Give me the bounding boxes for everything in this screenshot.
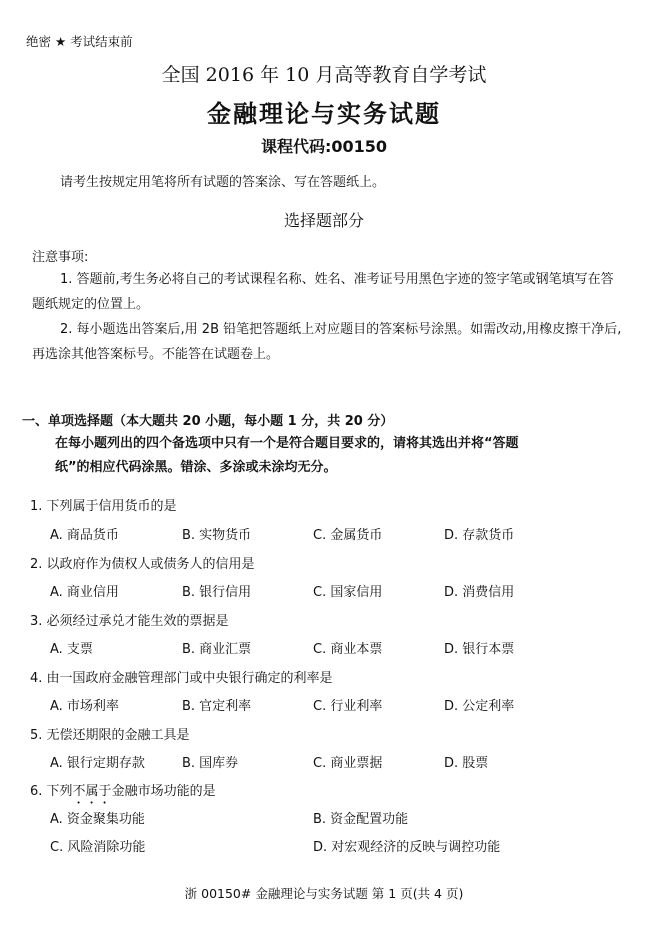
page-footer: 浙 00150# 金融理论与实务试题 第 1 页(共 4 页) (0, 884, 648, 902)
option-d: D. 存款货币 (444, 524, 514, 543)
option-d: D. 对宏观经济的反映与调控功能 (313, 836, 500, 855)
option-b: B. 实物货币 (182, 524, 251, 543)
question-stem: 2. 以政府作为债权人或债务人的信用是 (30, 553, 255, 572)
option-a: A. 资金聚集功能 (50, 808, 145, 827)
option-a: A. 商品货币 (50, 524, 119, 543)
question-stem-prefix: 6. 下列 (30, 784, 73, 799)
answer-instruction: 请考生按规定用笔将所有试题的答案涂、写在答题纸上。 (60, 171, 385, 190)
section-description: 纸”的相应代码涂黑。错涂、多涂或未涂均无分。 (55, 456, 337, 475)
option-b: B. 官定利率 (182, 695, 251, 714)
note-item: 2. 每小题选出答案后,用 2B 铅笔把答题纸上对应题目的答案标号涂黑。如需改动… (32, 317, 622, 367)
option-c: C. 商业票据 (313, 752, 382, 771)
question-stem: 6. 下列不属于金融市场功能的是 (30, 780, 216, 807)
question-stem: 3. 必须经过承兑才能生效的票据是 (30, 610, 229, 629)
option-d: D. 股票 (444, 752, 488, 771)
option-a: A. 银行定期存款 (50, 752, 145, 771)
subject-title: 金融理论与实务试题 (0, 94, 648, 129)
option-b: B. 商业汇票 (182, 638, 251, 657)
option-d: D. 消费信用 (444, 581, 514, 600)
course-code: 课程代码:00150 (0, 134, 648, 157)
confidential-label: 绝密 ★ 考试结束前 (26, 32, 133, 50)
option-b: B. 资金配置功能 (313, 808, 408, 827)
option-c: C. 商业本票 (313, 638, 382, 657)
option-c: C. 风险消除功能 (50, 836, 145, 855)
option-c: C. 国家信用 (313, 581, 382, 600)
question-stem-suffix: 金融市场功能的是 (112, 784, 216, 799)
option-a: A. 支票 (50, 638, 93, 657)
question-stem: 1. 下列属于信用货币的是 (30, 495, 177, 514)
question-stem: 5. 无偿还期限的金融工具是 (30, 724, 190, 743)
part-title: 选择题部分 (0, 208, 648, 231)
option-b: B. 国库券 (182, 752, 238, 771)
option-b: B. 银行信用 (182, 581, 251, 600)
option-a: A. 商业信用 (50, 581, 119, 600)
option-c: C. 金属货币 (313, 524, 382, 543)
section-heading: 一、单项选择题（本大题共 20 小题，每小题 1 分，共 20 分） (22, 410, 393, 429)
option-a: A. 市场利率 (50, 695, 119, 714)
option-d: D. 公定利率 (444, 695, 514, 714)
note-item: 1. 答题前,考生务必将自己的考试课程名称、姓名、准考证号用黑色字迹的签字笔或钢… (32, 267, 622, 317)
exam-title: 全国 2016 年 10 月高等教育自学考试 (0, 60, 648, 87)
option-d: D. 银行本票 (444, 638, 514, 657)
option-c: C. 行业利率 (313, 695, 382, 714)
section-description: 在每小题列出的四个备选项中只有一个是符合题目要求的，请将其选出并将“答题 (55, 432, 519, 451)
question-stem: 4. 由一国政府金融管理部门或中央银行确定的利率是 (30, 667, 333, 686)
notes-label: 注意事项: (32, 246, 88, 265)
emphasized-text: 不属于 (73, 784, 112, 799)
